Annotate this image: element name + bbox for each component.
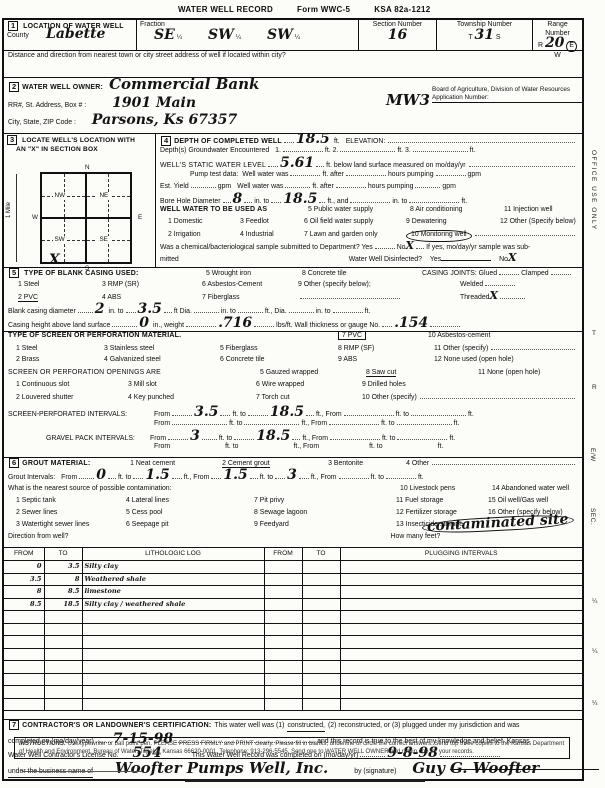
casing-7: 7 Fiberglass bbox=[202, 294, 298, 303]
section4-well-data: 4 DEPTH OF COMPLETED WELL 18.5 ft. ELEVA… bbox=[156, 134, 582, 267]
disinfected-yes: Yes bbox=[430, 256, 441, 265]
contam-4: 4 Lateral lines bbox=[126, 497, 254, 506]
distance-question-row: Distance and direction from nearest town… bbox=[4, 50, 582, 77]
dotted-blank bbox=[300, 293, 400, 299]
dotted-blank bbox=[413, 146, 468, 152]
screen-1: 1 Steel bbox=[16, 345, 104, 354]
grout-title: GROUT MATERIAL: bbox=[22, 460, 130, 469]
section-box-diagram: NW NE SW SE X bbox=[40, 172, 132, 264]
section4-number: 4 bbox=[161, 136, 171, 146]
litho-from: 8 bbox=[4, 586, 44, 599]
dotted-blank bbox=[316, 161, 324, 167]
use-7: 7 Lawn and garden only bbox=[304, 231, 406, 240]
static-water-value: 5.61 bbox=[280, 158, 314, 169]
dotted-blank bbox=[299, 473, 309, 479]
direction-from-well: Direction from well? bbox=[8, 533, 69, 542]
litho-from: 0 bbox=[4, 561, 44, 574]
disinfected-no: No bbox=[499, 256, 508, 265]
dotted-blank bbox=[285, 182, 310, 188]
gp2-ftto2: ft. to bbox=[369, 443, 382, 452]
use-11: 11 Injection well bbox=[504, 206, 553, 215]
litho-row-empty bbox=[4, 623, 582, 636]
blank-line bbox=[441, 260, 491, 261]
dotted-blank bbox=[491, 344, 575, 350]
depth-label: DEPTH OF COMPLETED WELL bbox=[174, 138, 282, 147]
casing-dia: ft Dia. bbox=[174, 308, 192, 317]
groundwater-label: Depth(s) Groundwater Encountered bbox=[160, 147, 269, 156]
distance-question: Distance and direction from nearest town… bbox=[8, 52, 286, 59]
grout-2-to-value: 3 bbox=[287, 470, 297, 481]
plug-header-to: TO bbox=[302, 548, 340, 561]
water-well-record-form: WATER WELL RECORD Form WWC-5 KSA 82a-121… bbox=[0, 0, 605, 788]
contam-14: 14 Abandoned water well bbox=[492, 485, 569, 494]
dotted-blank bbox=[78, 307, 93, 313]
dotted-blank bbox=[469, 161, 575, 167]
litho-row-empty bbox=[4, 611, 582, 624]
sp2-from-label: From bbox=[154, 420, 170, 429]
gp-ftto2: ft. to bbox=[382, 435, 395, 444]
litho-header-log: LITHOLOGIC LOG bbox=[82, 548, 264, 561]
litho-row-3: 8 8.5 limestone bbox=[4, 586, 582, 599]
compass-n: N bbox=[83, 164, 92, 172]
cert-business-value: Woofter Pumps Well, Inc. bbox=[115, 762, 328, 774]
dotted-blank bbox=[268, 161, 278, 167]
compass-w: W bbox=[30, 214, 40, 222]
litho-to: 3.5 bbox=[44, 561, 82, 574]
gp2-ftfrom: ft., From bbox=[293, 443, 319, 452]
cert-body-2: (2) reconstructed, or (3) plugged under … bbox=[328, 722, 520, 731]
screen-9: 9 ABS bbox=[338, 356, 434, 365]
pump-hours: hours pumping bbox=[388, 171, 434, 180]
well-location-x-mark: X bbox=[49, 255, 60, 266]
gw-ft2: ft. 2. bbox=[325, 147, 338, 156]
screen-material-section: TYPE OF SCREEN OR PERFORATION MATERIAL. … bbox=[4, 331, 582, 369]
sp2-ftfrom: ft., From bbox=[301, 420, 327, 429]
section2-number: 2 bbox=[9, 82, 19, 92]
address-value: 1901 Main bbox=[112, 98, 196, 109]
contam-11: 11 Fuel storage bbox=[396, 497, 488, 506]
dotted-blank bbox=[430, 321, 460, 327]
bore-depth-value: 18.5 bbox=[283, 194, 317, 205]
litho-from: 3.5 bbox=[4, 573, 44, 586]
contam-9: 9 Feedyard bbox=[254, 521, 396, 530]
sp-to-value: 18.5 bbox=[270, 407, 304, 418]
instructions-box: INSTRUCTIONS: Use typewriter or ball poi… bbox=[14, 737, 570, 759]
mile-scale-line bbox=[16, 174, 17, 262]
dotted-blank bbox=[275, 473, 285, 479]
grout-ftto3: ft. to bbox=[371, 474, 384, 483]
certification-title: CONTRACTOR'S OR LANDOWNER'S CERTIFICATIO… bbox=[22, 722, 211, 731]
dotted-blank bbox=[551, 269, 571, 275]
casing-into: in. to bbox=[109, 308, 124, 317]
cert-business-label: under the business name of bbox=[8, 768, 93, 778]
contam-15: 15 Oil well/Gas well bbox=[488, 497, 548, 506]
dotted-blank bbox=[289, 307, 314, 313]
section3-locator: 3 LOCATE WELL'S LOCATION WITH AN "X" IN … bbox=[4, 134, 156, 267]
dotted-blank bbox=[336, 182, 366, 188]
dotted-blank bbox=[108, 473, 116, 479]
quadrant-ne: NE bbox=[97, 192, 110, 200]
sp-from-label: From bbox=[154, 411, 170, 420]
gp-from-value: 3 bbox=[190, 431, 200, 442]
contam-8: 8 Sewage lagoon bbox=[254, 509, 396, 518]
openings-5: 5 Gauzed wrapped bbox=[260, 369, 366, 378]
grout-from1: From bbox=[61, 474, 77, 483]
openings-8-sawcut-selected: 8 Saw cut bbox=[366, 369, 396, 377]
dotted-blank bbox=[164, 307, 172, 313]
dotted-blank bbox=[330, 434, 380, 440]
dotted-blank bbox=[386, 473, 416, 479]
dotted-blank bbox=[238, 307, 263, 313]
litho-to: 8.5 bbox=[44, 586, 82, 599]
margin-ew-label: E/W bbox=[589, 448, 596, 462]
application-number-label: Application Number: bbox=[432, 94, 582, 103]
dotted-blank bbox=[375, 243, 395, 249]
lithologic-log-table: FROM TO LITHOLOGIC LOG FROM TO PLUGGING … bbox=[4, 548, 582, 711]
dotted-blank bbox=[79, 473, 94, 479]
dotted-blank bbox=[194, 307, 219, 313]
dotted-blank bbox=[186, 321, 216, 327]
grout-1-to-value: 1.5 bbox=[145, 470, 169, 481]
pump-test-label2: Well water was bbox=[242, 171, 288, 180]
litho-desc: limestone bbox=[82, 586, 264, 599]
application-number-value: MW3 bbox=[386, 94, 430, 106]
cert-body-1: This water well was (1) bbox=[214, 722, 284, 731]
margin-sec-label: SEC. bbox=[589, 508, 596, 525]
casing-9: 9 Other (specify below); bbox=[298, 281, 418, 290]
openings-6: 6 Wire wrapped bbox=[256, 381, 362, 390]
disinfected-no-x: X bbox=[508, 254, 517, 263]
grout-ftto1: ft. to bbox=[118, 474, 131, 483]
city-value: Parsons, Ks 67357 bbox=[92, 115, 237, 126]
litho-row-4: 8.5 18.5 Silty clay / weathered shale bbox=[4, 598, 582, 611]
office-use-only-label: OFFICE USE ONLY bbox=[590, 150, 597, 231]
contam-2: 2 Sewer lines bbox=[16, 509, 126, 518]
litho-row-empty bbox=[4, 661, 582, 674]
dotted-blank bbox=[112, 321, 137, 327]
gp2-from-label: From bbox=[154, 443, 170, 452]
section2-owner-row: 2 WATER WELL OWNER: Commercial Bank RR#,… bbox=[4, 77, 582, 133]
casing-gauge-value: .154 bbox=[394, 318, 428, 329]
dotted-blank bbox=[416, 243, 424, 249]
litho-row-empty bbox=[4, 648, 582, 661]
dotted-blank bbox=[411, 410, 466, 416]
range-cell: Range Number R 20 EW bbox=[532, 20, 582, 50]
section1-number: 1 bbox=[8, 21, 18, 31]
section5-casing: 5 TYPE OF BLANK CASING USED: 5 Wrought i… bbox=[4, 267, 582, 331]
dotted-blank bbox=[284, 137, 294, 143]
board-block: Board of Agriculture, Division of Water … bbox=[432, 86, 584, 103]
openings-10: 10 Other (specify) bbox=[362, 394, 417, 403]
contam-3: 3 Watertight sewer lines bbox=[16, 521, 126, 530]
casing-diameter-label: Blank casing diameter bbox=[8, 308, 76, 317]
screen-8: 8 RMP (SF) bbox=[338, 345, 434, 354]
litho-header-from: FROM bbox=[4, 548, 44, 561]
casing-2-pvc-selected: 2 PVC bbox=[18, 294, 38, 302]
litho-desc: Silty clay bbox=[82, 561, 264, 574]
range-value: 20 bbox=[545, 35, 564, 51]
section5-number: 5 bbox=[9, 268, 19, 278]
form-title: WATER WELL RECORD bbox=[178, 5, 273, 14]
gp2-ftto: ft. to bbox=[225, 443, 238, 452]
openings-7: 7 Torch cut bbox=[256, 394, 362, 403]
dotted-blank bbox=[126, 307, 136, 313]
screen-10: 10 Asbestos-cement bbox=[428, 332, 490, 341]
litho-row-empty bbox=[4, 673, 582, 686]
grout-4: 4 Other bbox=[406, 460, 429, 469]
signature-line bbox=[450, 769, 599, 770]
dotted-blank bbox=[172, 410, 192, 416]
quadrant-sw: SW bbox=[53, 236, 67, 244]
screen-2: 2 Brass bbox=[16, 356, 104, 365]
screen-11: 11 Other (specify) bbox=[434, 345, 488, 354]
casing-threaded-x: X bbox=[490, 292, 499, 301]
sp-from-value: 3.5 bbox=[194, 407, 218, 418]
grout-intervals-label: Grout Intervals: bbox=[8, 474, 55, 483]
grout-2-from-value: 1.5 bbox=[223, 470, 247, 481]
address-label: RR#, St. Address, Box # : bbox=[8, 102, 86, 111]
dotted-blank bbox=[432, 459, 575, 465]
openings-1: 1 Continuous slot bbox=[16, 381, 128, 390]
owner-title: WATER WELL OWNER: bbox=[22, 84, 103, 93]
casing-joints-label: CASING JOINTS: Glued bbox=[422, 270, 497, 279]
dotted-blank bbox=[211, 473, 221, 479]
dotted-blank bbox=[500, 293, 525, 299]
intervals-section: SCREEN-PERFORATED INTERVALS: From 3.5 ft… bbox=[4, 407, 582, 457]
casing-diameter-value: 2 bbox=[95, 304, 105, 315]
litho-row-1: 0 3.5 Silty clay bbox=[4, 561, 582, 574]
pump-test-label: Pump test data: bbox=[190, 171, 238, 180]
use-12: 12 Other (Specify below) bbox=[500, 218, 576, 227]
owner-value: Commercial Bank bbox=[109, 78, 259, 90]
form-number: Form WWC-5 bbox=[297, 5, 350, 14]
sp2-ft: ft. bbox=[454, 420, 460, 429]
form-title-bar: WATER WELL RECORD Form WWC-5 KSA 82a-121… bbox=[178, 5, 430, 14]
plug-header-from: FROM bbox=[264, 548, 302, 561]
est-hours: hours pumping bbox=[368, 183, 414, 192]
dotted-blank bbox=[382, 321, 392, 327]
screen-perforated-label: SCREEN-PERFORATED INTERVALS: bbox=[8, 411, 154, 420]
board-label: Board of Agriculture, Division of Water … bbox=[432, 86, 570, 93]
bore-diameter-value: 8 bbox=[233, 194, 243, 205]
cert-signature-label: by (signature) bbox=[354, 768, 396, 777]
dotted-blank bbox=[350, 197, 390, 203]
quarter-glyph: ¼ bbox=[295, 34, 300, 41]
pump-gpm: gpm bbox=[468, 171, 481, 180]
casing-into3: in. to bbox=[316, 308, 331, 317]
openings-11: 11 None (open hole) bbox=[478, 369, 540, 378]
township-t: T bbox=[468, 34, 472, 41]
contam-7: 7 Pit privy bbox=[254, 497, 396, 506]
fraction3-value: SW bbox=[267, 27, 293, 43]
county-label: County bbox=[7, 32, 29, 39]
use-5: 5 Public water supply bbox=[308, 206, 410, 215]
quarter-glyph: ¼ bbox=[177, 34, 182, 41]
dotted-blank bbox=[244, 197, 252, 203]
openings-title: SCREEN OR PERFORATION OPENINGS ARE bbox=[8, 369, 260, 378]
casing-3: 3 RMP (SR) bbox=[102, 281, 202, 290]
use-9: 9 Dewatering bbox=[406, 218, 500, 227]
dotted-blank bbox=[340, 146, 395, 152]
casing-weight-label: in., weight bbox=[153, 322, 184, 331]
gp-ft: ft. bbox=[449, 435, 455, 444]
dotted-blank bbox=[244, 419, 299, 425]
disinfected-question: Water Well Disinfected? bbox=[349, 256, 422, 265]
litho-row-empty bbox=[4, 636, 582, 649]
dotted-blank bbox=[168, 434, 188, 440]
screen-6: 6 Concrete tile bbox=[220, 356, 338, 365]
use-8: 8 Air conditioning bbox=[410, 206, 504, 215]
dotted-blank bbox=[420, 393, 575, 399]
grout-ftfrom1: ft., From bbox=[184, 474, 210, 483]
depth-ft: ft. bbox=[334, 138, 340, 147]
county-value: Labette bbox=[46, 29, 105, 40]
section3-title-1: LOCATE WELL'S LOCATION WITH bbox=[22, 137, 135, 144]
depth-value: 18.5 bbox=[296, 134, 330, 145]
dotted-blank bbox=[290, 170, 320, 176]
litho-desc: Weathered shale bbox=[82, 573, 264, 586]
casing-ftdia: ft., Dia. bbox=[265, 308, 287, 317]
dotted-blank bbox=[333, 307, 363, 313]
chem-no-label: No bbox=[397, 244, 406, 253]
casing-clamped: Clamped bbox=[521, 270, 549, 279]
use-3: 3 Feedlot bbox=[240, 218, 304, 227]
form-ksa: KSA 82a-1212 bbox=[374, 5, 430, 14]
est-well-water: Well water was bbox=[237, 183, 283, 192]
dotted-blank bbox=[475, 230, 575, 236]
dotted-blank bbox=[202, 434, 217, 440]
contamination-question: What is the nearest source of possible c… bbox=[8, 485, 400, 494]
litho-to: 8 bbox=[44, 573, 82, 586]
dotted-blank bbox=[306, 410, 314, 416]
compass-e: E bbox=[136, 214, 144, 222]
quarter-glyph: ¼ bbox=[236, 34, 241, 41]
contam-5: 5 Cess pool bbox=[126, 509, 254, 518]
screen-material-title: TYPE OF SCREEN OR PERFORATION MATERIAL. bbox=[8, 332, 338, 341]
dotted-blank bbox=[436, 170, 466, 176]
dotted-blank bbox=[248, 410, 268, 416]
county-cell: 1 LOCATION OF WATER WELL County Labette bbox=[4, 20, 136, 50]
est-gpm2: gpm bbox=[442, 183, 455, 192]
dotted-blank bbox=[292, 434, 300, 440]
cert-signature-value: Guy G. Woofter bbox=[412, 759, 539, 777]
dotted-blank bbox=[191, 182, 216, 188]
scan-artifact-line bbox=[185, 779, 425, 782]
gw-ft: ft. bbox=[470, 147, 476, 156]
dotted-blank bbox=[339, 473, 369, 479]
instructions-text: Use typewriter or ball point pen. PLEASE… bbox=[19, 741, 564, 755]
dotted-blank bbox=[485, 280, 515, 286]
instructions-label: INSTRUCTIONS: bbox=[19, 741, 66, 747]
litho-row-empty bbox=[4, 686, 582, 699]
contam-10: 10 Livestock pens bbox=[400, 485, 492, 494]
dotted-blank bbox=[397, 434, 447, 440]
chem-mitted: mitted bbox=[160, 256, 179, 265]
casing-title: TYPE OF BLANK CASING USED: bbox=[24, 270, 138, 277]
dotted-blank bbox=[172, 473, 182, 479]
screen-5: 5 Fiberglass bbox=[220, 345, 338, 354]
margin-r-label: R bbox=[592, 384, 597, 391]
grout-1: 1 Neat cement bbox=[130, 460, 222, 469]
dotted-blank bbox=[254, 321, 274, 327]
litho-desc: Silty clay / weathered shale bbox=[82, 598, 264, 611]
litho-from: 8.5 bbox=[4, 598, 44, 611]
pump-after: ft. after bbox=[322, 171, 343, 180]
plug-header-intervals: PLUGGING INTERVALS bbox=[340, 548, 582, 561]
litho-row-2: 3.5 8 Weathered shale bbox=[4, 573, 582, 586]
dotted-blank bbox=[172, 419, 227, 425]
casing-1: 1 Steel bbox=[18, 281, 102, 290]
dotted-blank bbox=[283, 146, 323, 152]
casing-wall-label: lbs/ft. Wall thickness or gauge No. bbox=[276, 322, 380, 331]
fraction1-value: SE bbox=[154, 27, 175, 43]
gravel-pack-label: GRAVEL PACK INTERVALS: bbox=[46, 435, 150, 444]
margin-quarter-1: ¼ bbox=[592, 598, 597, 605]
dotted-blank bbox=[223, 197, 231, 203]
lithologic-log-section: FROM TO LITHOLOGIC LOG FROM TO PLUGGING … bbox=[4, 547, 582, 719]
grout-3: 3 Bentonite bbox=[328, 460, 406, 469]
casing-weight-value: .716 bbox=[218, 318, 252, 329]
openings-2: 2 Louvered shutter bbox=[16, 394, 128, 403]
township-s: S bbox=[496, 34, 501, 41]
casing-welded: Welded bbox=[460, 281, 483, 290]
openings-section: SCREEN OR PERFORATION OPENINGS ARE 5 Gau… bbox=[4, 369, 582, 407]
section3-number: 3 bbox=[7, 135, 17, 145]
use-4: 4 Industrial bbox=[240, 231, 304, 240]
margin-quarter-3: ¼ bbox=[592, 700, 597, 707]
use-1: 1 Domestic bbox=[168, 218, 240, 227]
section6-number: 6 bbox=[9, 458, 19, 468]
form-body: 1 LOCATION OF WATER WELL County Labette … bbox=[2, 18, 584, 781]
litho-row-empty bbox=[4, 698, 582, 711]
range-r: R bbox=[538, 42, 543, 49]
casing-5: 5 Wrought iron bbox=[206, 270, 302, 279]
use-2: 2 Irrigation bbox=[168, 231, 240, 240]
gp-to-value: 18.5 bbox=[256, 431, 290, 442]
contam-1: 1 Septic tank bbox=[16, 497, 126, 506]
dotted-blank bbox=[271, 197, 281, 203]
casing-threaded: Threaded bbox=[460, 294, 490, 303]
grout-ftfrom2: ft., From bbox=[311, 474, 337, 483]
gp2-ft: ft. bbox=[438, 443, 444, 452]
sp2-ftto2: ft. to bbox=[381, 420, 394, 429]
est-gpm: gpm bbox=[218, 183, 231, 192]
dotted-blank bbox=[319, 197, 325, 203]
dotted-blank bbox=[329, 419, 379, 425]
dotted-blank bbox=[388, 137, 575, 143]
grout-ftto2: ft. to bbox=[260, 474, 273, 483]
screen-12: 12 None used (open hole) bbox=[434, 356, 514, 365]
contam-6: 6 Seepage pit bbox=[126, 521, 254, 530]
sp-ft: ft. bbox=[468, 411, 474, 420]
grout-ft: ft. bbox=[418, 474, 424, 483]
quadrant-nw: NW bbox=[53, 192, 68, 200]
fraction2-value: SW bbox=[208, 27, 234, 43]
use-label: WELL WATER TO BE USED AS bbox=[160, 206, 308, 215]
screen-3: 3 Stainless steel bbox=[104, 345, 220, 354]
section1-location-row: 1 LOCATION OF WATER WELL County Labette … bbox=[4, 20, 582, 50]
use-10-monitoring-selected: 10 Monitoring well bbox=[406, 230, 472, 242]
screen-7-pvc-selected: 7 PVC bbox=[338, 331, 366, 340]
litho-to: 18.5 bbox=[44, 598, 82, 611]
contamination-section: What is the nearest source of possible c… bbox=[4, 485, 582, 547]
dotted-blank bbox=[133, 473, 143, 479]
dotted-blank bbox=[234, 434, 254, 440]
litho-header-to: TO bbox=[44, 548, 82, 561]
openings-3: 3 Mill slot bbox=[128, 381, 256, 390]
casing-8: 8 Concrete tile bbox=[302, 270, 422, 279]
chem-no-x: X bbox=[406, 242, 415, 251]
